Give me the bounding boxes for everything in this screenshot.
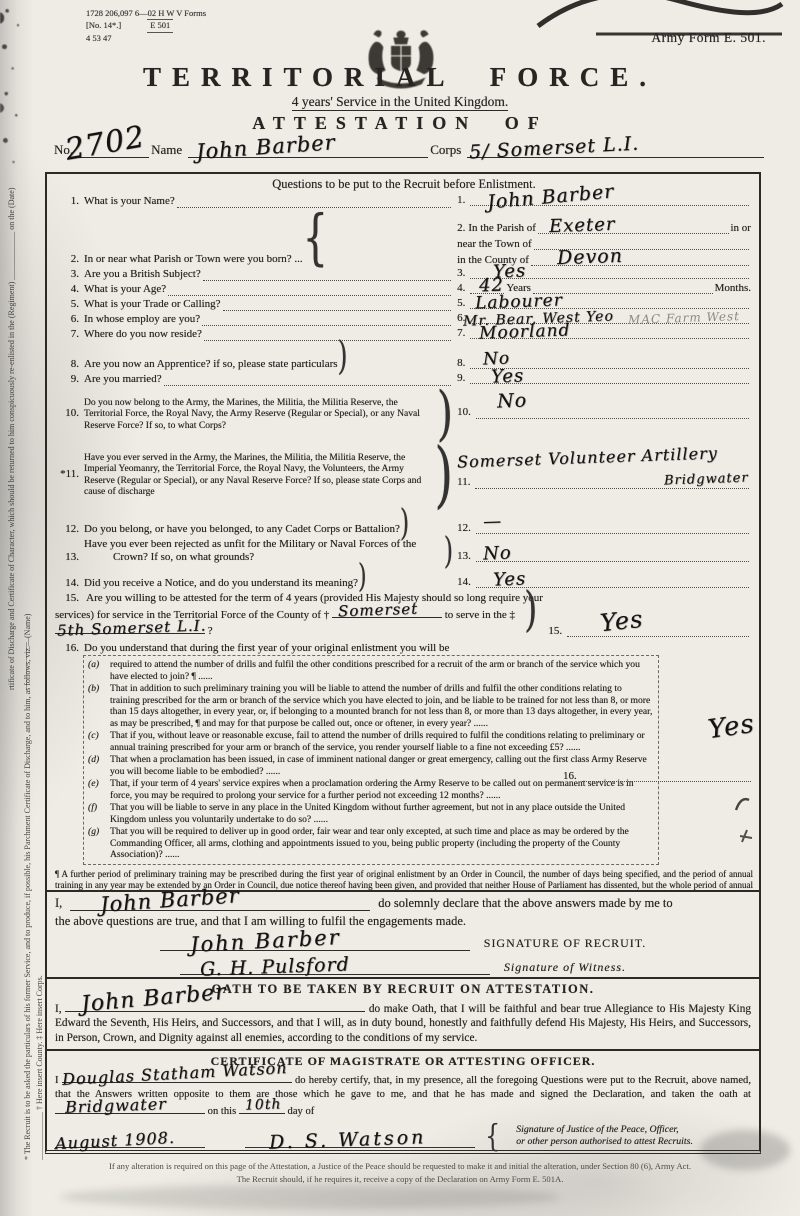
- dotted-leader: [164, 375, 452, 385]
- question-16-conditions: (a)required to attend the number of dril…: [83, 655, 659, 865]
- attestation-main-box: Questions to be put to the Recruit befor…: [45, 172, 761, 1154]
- question-5: 5.What is your Trade or Calling? 5. Labo…: [53, 297, 755, 312]
- answer-handwritten: Yes: [491, 365, 525, 387]
- declaration-name-field: John Barber: [70, 896, 370, 911]
- dotted-leader: [582, 772, 751, 782]
- condition-b: (b)That in addition to such preliminary …: [88, 683, 654, 729]
- county-field: Somerset: [332, 606, 442, 618]
- certificate-text: I Douglas Statham Watson do hereby certi…: [55, 1071, 751, 1120]
- unit-field: 5th Somerset L.I.: [55, 622, 205, 634]
- name-field: John Barber: [188, 143, 428, 158]
- condition-a: (a)required to attend the number of dril…: [88, 659, 654, 682]
- question-15: 15. Are you willing to be attested for t…: [53, 591, 755, 640]
- question-7: 7.Where do you now reside? 7. Moorland: [53, 327, 755, 342]
- officer-signature-line: D. S. Watson: [245, 1135, 475, 1148]
- name-label: Name: [151, 142, 182, 158]
- brace: {: [303, 208, 328, 268]
- oath-section: OATH TO BE TAKEN BY RECRUIT ON ATTESTATI…: [47, 977, 759, 1049]
- form-subtitle: 4 years' Service in the United Kingdom.: [0, 94, 800, 110]
- brace: {: [485, 1120, 500, 1151]
- footer-note-2: The Recruit should, if he requires it, r…: [70, 1173, 730, 1186]
- question-3: 3.Are you a British Subject? 3. Yes: [53, 267, 755, 282]
- declaration-text-b: the above questions are true, and that I…: [55, 914, 751, 929]
- answer-handwritten: Moorland: [479, 320, 571, 343]
- brace: ): [338, 337, 348, 376]
- certificate-signature-row: August 1908. D. S. Watson { Signature of…: [55, 1124, 751, 1148]
- pencil-annotation: MAC Farm West: [628, 309, 740, 327]
- question-13: 13.Have you ever been rejected as unfit …: [53, 537, 755, 565]
- answer-county-handwritten: Devon: [557, 245, 624, 269]
- condition-g: (g)That you will be required to deliver …: [88, 826, 654, 861]
- question-4: 4.What is your Age? 4.YearsMonths. 42: [53, 282, 755, 297]
- declaration-section: I, John Barber do solemnly declare that …: [47, 890, 759, 977]
- answer-16-handwritten: Yes: [706, 709, 756, 745]
- question-1: 1.What is your Name? 1. John Barber: [53, 194, 755, 209]
- scan-smudge: [60, 1185, 560, 1209]
- oath-place-handwritten: Bridgwater: [65, 1093, 167, 1118]
- condition-c: (c)That if you, without leave or reasona…: [88, 730, 654, 753]
- i-label: I,: [55, 896, 62, 911]
- recruit-signature-label: SIGNATURE OF RECRUIT.: [484, 936, 646, 951]
- print-ref-line: 4 53 47: [86, 33, 206, 44]
- answer-handwritten: Yes: [599, 605, 645, 637]
- officer-signature-handwritten: D. S. Watson: [269, 1126, 427, 1153]
- form-title: TERRITORIAL FORCE.: [0, 62, 800, 93]
- printer-reference: 1728 206,097 6—02 H W V Forms [No. 14*.]…: [86, 8, 206, 44]
- recruit-signature-line: John Barber: [160, 936, 470, 951]
- questions-heading: Questions to be put to the Recruit befor…: [53, 177, 755, 192]
- justice-signature-label: Signature of Justice of the Peace, Offic…: [516, 1124, 693, 1148]
- answer-handwritten: Somerset Volunteer Artillery: [457, 443, 718, 471]
- print-ref-line: 1728 206,097 6—02 H W V Forms: [86, 8, 206, 19]
- question-14: 14.Did you receive a Notice, and do you …: [53, 565, 755, 591]
- oath-text: I, John Barber do make Oath, that I will…: [55, 999, 751, 1046]
- corps-label: Corps: [430, 142, 461, 158]
- footer-note-1: If any alteration is required on this pa…: [70, 1160, 730, 1173]
- date-handwritten: August 1908.: [55, 1128, 176, 1153]
- footer-notes: If any alteration is required on this pa…: [70, 1160, 730, 1186]
- scanned-attestation-form: 1728 206,097 6—02 H W V Forms [No. 14*.]…: [0, 0, 800, 1216]
- answer-handwritten: Yes: [493, 568, 527, 590]
- answer-16-line: 16.: [563, 770, 753, 782]
- corps-handwritten: 5/ Somerset L.I.: [469, 133, 640, 164]
- brace: ): [524, 586, 537, 634]
- officer-name-field: Douglas Statham Watson: [62, 1071, 292, 1083]
- no-field: 2702: [79, 143, 149, 158]
- dotted-leader: [202, 316, 451, 326]
- answer-handwritten: No: [497, 389, 528, 413]
- certificate-section: CERTIFICATE OF MAGISTRATE OR ATTESTING O…: [47, 1049, 759, 1150]
- dotted-leader: [204, 330, 451, 340]
- dotted-leader: [168, 286, 451, 296]
- brace: ): [358, 561, 367, 594]
- brace: ): [444, 533, 453, 569]
- date-field: August 1908.: [55, 1135, 205, 1148]
- witness-signature-line: G. H. Pulsford: [180, 960, 490, 975]
- question-2: 2.In or near what Parish or Town were yo…: [53, 209, 755, 267]
- answer-parish-handwritten: Exeter: [549, 214, 616, 237]
- footnote-paragraph: ¶ A further period of preliminary traini…: [55, 869, 753, 890]
- print-ref-line: [No. 14*.]E 501: [86, 19, 206, 32]
- day-field: 10th: [239, 1102, 285, 1114]
- recruit-name-handwritten: John Barber: [196, 130, 337, 164]
- form-number: Army Form E. 501.: [651, 30, 766, 46]
- question-6: 6.In whose employ are you? 6. Mr. Bear, …: [53, 312, 755, 327]
- pen-mark: [738, 826, 756, 846]
- answer-handwritten: No: [483, 542, 512, 564]
- oath-name-field: John Barber: [65, 999, 365, 1012]
- corps-field: 5/ Somerset L.I.: [467, 143, 764, 158]
- brace: ): [434, 439, 453, 511]
- question-9: 9.Are you married? 9. Yes: [53, 372, 755, 387]
- witness-signature-label: Signature of Witness.: [504, 960, 626, 975]
- county-handwritten: Somerset: [338, 599, 419, 621]
- condition-f: (f)That you will be liable to serve in a…: [88, 802, 654, 825]
- margin-note: * The Recruit is to be asked the particu…: [22, 600, 46, 1160]
- day-handwritten: 10th: [245, 1096, 282, 1116]
- questions-section: Questions to be put to the Recruit befor…: [47, 174, 759, 890]
- oath-place-field: Bridgwater: [55, 1102, 205, 1114]
- question-8: 8.Are you now an Apprentice? if so, plea…: [53, 342, 755, 372]
- question-12: 12.Do you belong, or have you belonged, …: [53, 509, 755, 537]
- brace: ): [400, 505, 409, 541]
- declaration-text-a: do solemnly declare that the above answe…: [378, 896, 672, 911]
- question-16: 16.Do you understand that during the fir…: [53, 642, 755, 865]
- pen-mark: [733, 792, 753, 814]
- recruit-signature-handwritten: John Barber: [189, 925, 341, 957]
- dotted-leader: [223, 301, 452, 311]
- dotted-leader: [203, 271, 451, 281]
- identity-line: No. 2702 Name John Barber Corps 5/ Somer…: [52, 142, 764, 158]
- question-11: *11.Have you ever served in the Army, th…: [53, 441, 755, 509]
- answer-handwritten-2: Bridgwater: [664, 470, 749, 489]
- question-10: 10.Do you now belong to the Army, the Ma…: [53, 387, 755, 441]
- answer-handwritten: —: [483, 510, 503, 532]
